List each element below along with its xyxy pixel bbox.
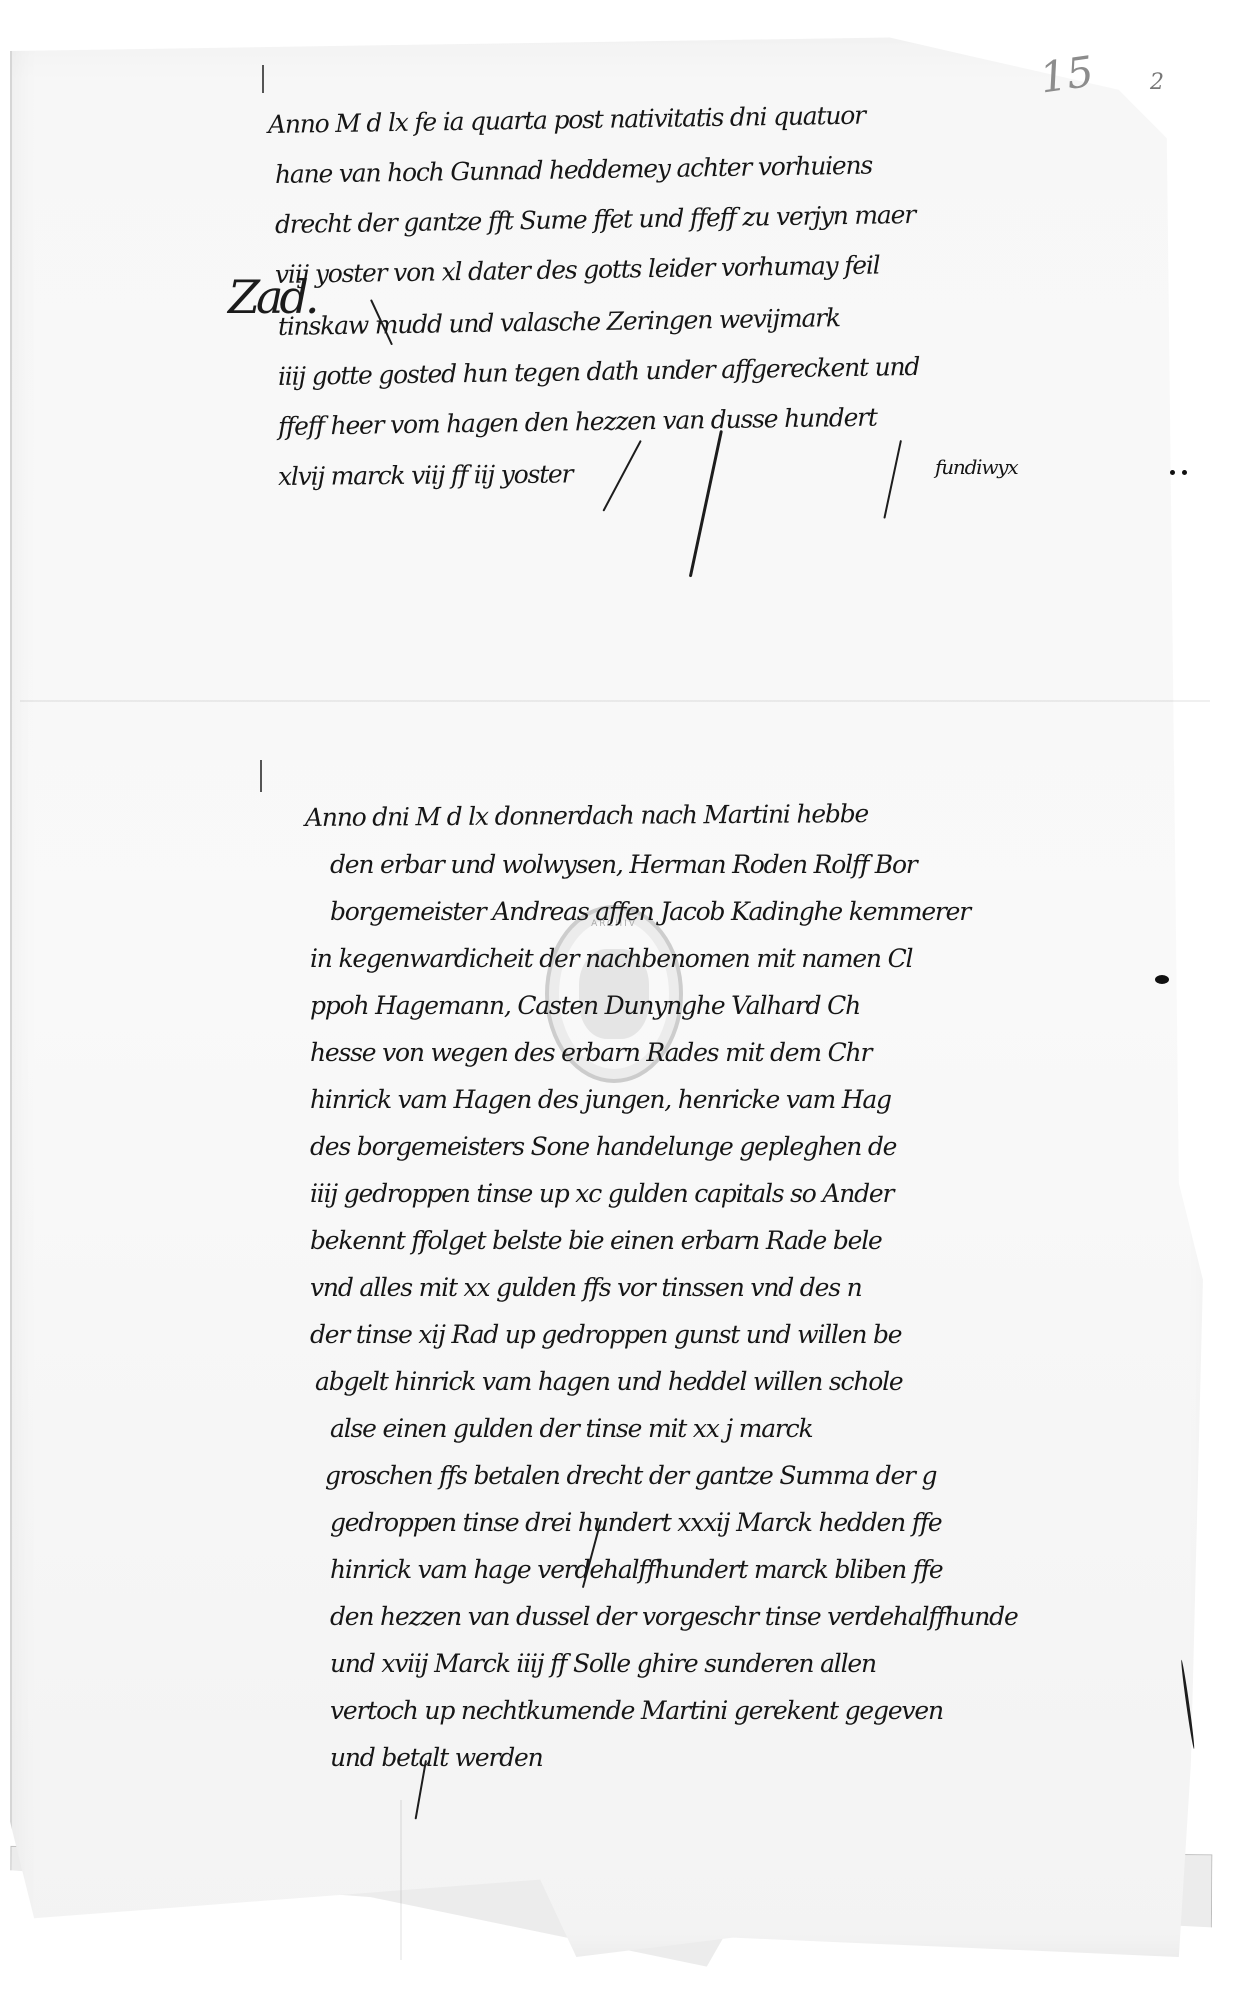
entry2-line: abgelt hinrick vam hagen und heddel will… (315, 1367, 902, 1396)
fold-line (20, 700, 1210, 702)
entry2-line: alse einen gulden der tinse mit xx j mar… (330, 1414, 812, 1443)
entry2-line: hesse von wegen des erbarn Rades mit dem… (310, 1038, 871, 1067)
signature: fundiwyx (935, 455, 1017, 479)
entry2-line: des borgemeisters Sone handelunge gepleg… (310, 1132, 896, 1161)
margin-tick-mark (260, 760, 262, 792)
entry2-line: borgemeister Andreas affen Jacob Kadingh… (330, 897, 970, 926)
entry2-line: gedroppen tinse drei hundert xxxij Marck… (330, 1508, 942, 1537)
folio-number: 15 (1037, 47, 1097, 103)
entry2-line: hinrick vam Hagen des jungen, henricke v… (310, 1085, 891, 1114)
entry2-line: hinrick vam hage verdehalffhundert marck… (330, 1555, 943, 1584)
ink-blot (1155, 975, 1169, 984)
ink-mark (1170, 470, 1175, 475)
ink-mark (1182, 470, 1187, 475)
entry2-line: der tinse xij Rad up gedroppen gunst und… (310, 1320, 901, 1349)
entry2-line: den erbar und wolwysen, Herman Roden Rol… (330, 850, 917, 879)
entry2-line: vertoch up nechtkumende Martini gerekent… (330, 1696, 943, 1725)
fold-line (400, 1800, 402, 1960)
entry2-line: in kegenwardicheit der nachbenomen mit n… (310, 944, 912, 973)
entry2-line: ppoh Hagemann, Casten Dunynghe Valhard C… (310, 991, 860, 1020)
entry2-line: Anno dni M d lx donnerdach nach Martini … (305, 799, 868, 832)
entry2-line: den hezzen van dussel der vorgeschr tins… (330, 1602, 1018, 1631)
entry1-line: xlvij marck viij ff iij yoster (278, 459, 573, 491)
margin-tick-mark (262, 65, 264, 93)
entry2-line: vnd alles mit xx gulden ffs vor tinssen … (310, 1273, 861, 1302)
entry2-line: groschen ffs betalen drecht der gantze S… (325, 1461, 936, 1490)
entry2-line: bekennt ffolget belste bie einen erbarn … (310, 1226, 882, 1255)
entry2-line: und betalt werden (330, 1743, 543, 1772)
entry2-line: iiij gedroppen tinse up xc gulden capita… (310, 1179, 893, 1208)
entry2-line: und xviij Marck iiij ff Solle ghire sund… (330, 1649, 876, 1678)
corner-mark: 2 (1150, 70, 1164, 95)
